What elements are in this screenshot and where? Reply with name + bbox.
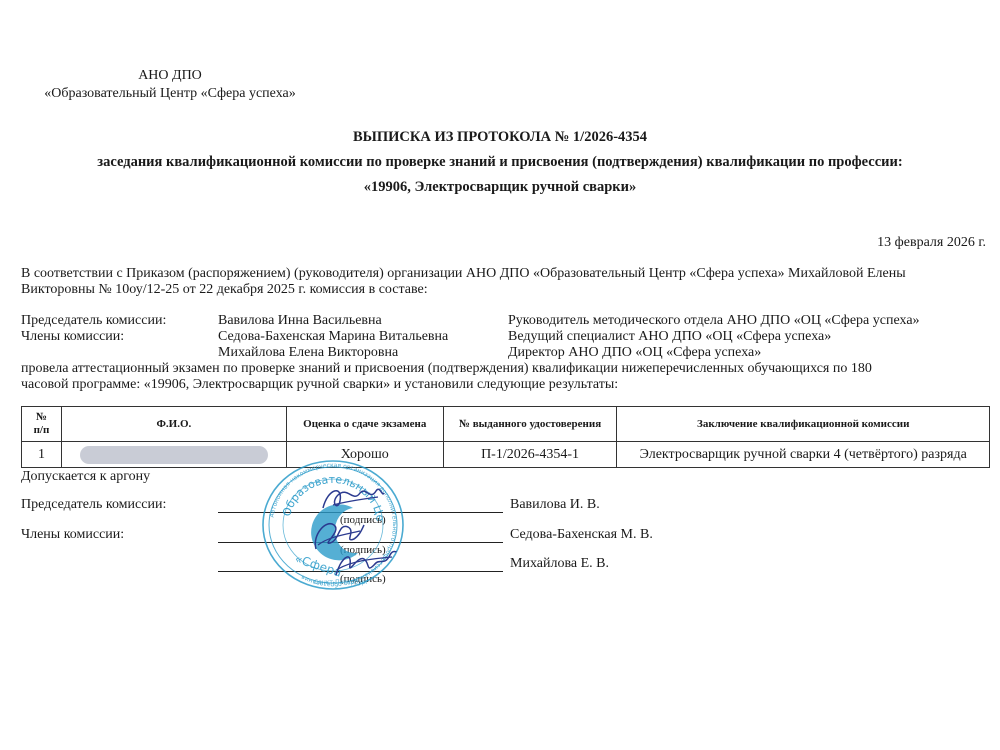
cell-num: 1 xyxy=(22,442,62,468)
svg-text:Санкт-Петербург: Санкт-Петербург xyxy=(314,579,368,586)
table-header-row: № п/п Ф.И.О. Оценка о сдаче экзамена № в… xyxy=(22,407,990,442)
signature-chair-label: Председатель комиссии: xyxy=(21,497,166,513)
signature-members-label: Члены комиссии: xyxy=(21,527,124,543)
header-fio: Ф.И.О. xyxy=(61,407,286,442)
chair-label: Председатель комиссии: xyxy=(21,313,166,329)
cell-conclusion: Электросварщик ручной сварки 4 (четвёрто… xyxy=(617,442,990,468)
signature-name: Михайлова Е. В. xyxy=(510,556,609,572)
admission-note: Допускается к аргону xyxy=(21,469,150,485)
table-row: 1 Хорошо П-1/2026-4354-1 Электросварщик … xyxy=(22,442,990,468)
cell-fio xyxy=(61,442,286,468)
profession-title: «19906, Электросварщик ручной сварки» xyxy=(0,179,1000,196)
org-name-line2: «Образовательный Центр «Сфера успеха» xyxy=(0,85,340,103)
document-date: 13 февраля 2026 г. xyxy=(877,235,986,251)
commission-member-position: Ведущий специалист АНО ДПО «ОЦ «Сфера ус… xyxy=(508,329,831,345)
header-cert: № выданного удостоверения xyxy=(443,407,617,442)
commission-member-name: Седова-Бахенская Марина Витальевна xyxy=(218,329,448,345)
signature-name: Седова-Бахенская М. В. xyxy=(510,527,653,543)
result-text-line-2: часовой программе: «19906, Электросварщи… xyxy=(21,377,618,393)
signature-name: Вавилова И. В. xyxy=(510,497,600,513)
signature-scribble-icon xyxy=(330,543,398,579)
signature-scribble-icon xyxy=(318,483,388,515)
commission-member-position: Директор АНО ДПО «ОЦ «Сфера успеха» xyxy=(508,345,761,361)
results-table: № п/п Ф.И.О. Оценка о сдаче экзамена № в… xyxy=(21,406,990,468)
header-conclusion: Заключение квалификационной комиссии xyxy=(617,407,990,442)
commission-member-name: Михайлова Елена Викторовна xyxy=(218,345,398,361)
members-label: Члены комиссии: xyxy=(21,329,124,345)
header-num-line2: п/п xyxy=(34,424,50,436)
commission-member-position: Руководитель методического отдела АНО ДП… xyxy=(508,313,920,329)
header-grade: Оценка о сдаче экзамена xyxy=(286,407,443,442)
document-subtitle: заседания квалификационной комиссии по п… xyxy=(0,154,1000,171)
intro-line-2: Викторовны № 10оу/12-25 от 22 декабря 20… xyxy=(21,282,428,298)
header-num-line1: № xyxy=(36,411,47,423)
commission-member-name: Вавилова Инна Васильевна xyxy=(218,313,382,329)
redacted-name-bar xyxy=(80,446,268,464)
result-text-line-1: провела аттестационный экзамен по провер… xyxy=(21,361,872,377)
header-num: № п/п xyxy=(22,407,62,442)
intro-line-1: В соответствии с Приказом (распоряжением… xyxy=(21,266,906,282)
document-title: ВЫПИСКА ИЗ ПРОТОКОЛА № 1/2026-4354 xyxy=(0,129,1000,146)
org-name-line1: АНО ДПО xyxy=(0,67,340,85)
cell-cert: П-1/2026-4354-1 xyxy=(443,442,617,468)
